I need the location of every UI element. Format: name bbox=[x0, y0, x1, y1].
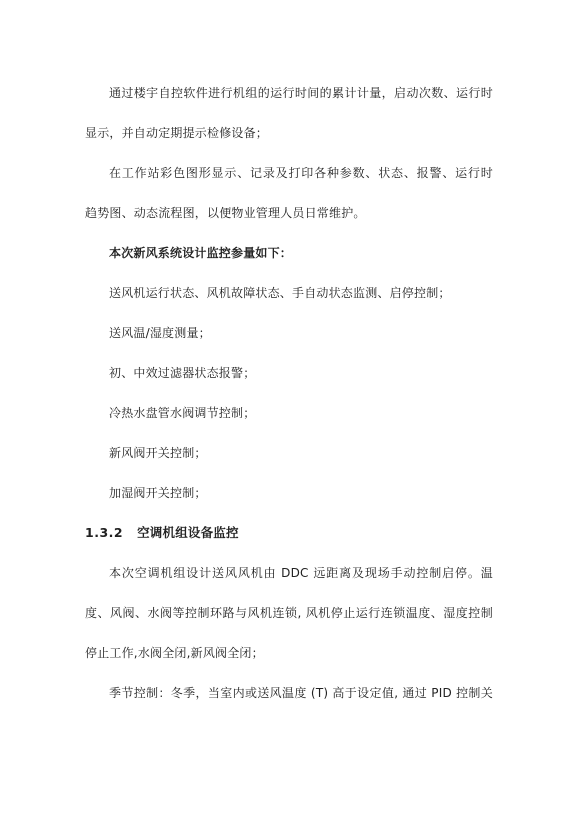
paragraph-line: 趋势图、动态流程图，以便物业管理人员日常维护。 bbox=[85, 193, 493, 233]
list-item-line: 送风机运行状态、风机故障状态、手自动状态监测、启停控制； bbox=[85, 273, 493, 313]
document-page: 通过楼宇自控软件进行机组的运行时间的累计计量，启动次数、运行时间 显示，并自动定… bbox=[0, 0, 579, 819]
paragraph-line-bold: 本次新风系统设计监控参量如下： bbox=[85, 233, 493, 273]
paragraph-line: 季节控制：冬季，当室内或送风温度 (T) 高于设定值, 通过 PID 控制关小水 bbox=[85, 673, 493, 713]
paragraph-line: 显示，并自动定期提示检修设备； bbox=[85, 113, 493, 153]
list-item-line: 送风温/湿度测量； bbox=[85, 313, 493, 353]
section-number: 1.3.2 bbox=[85, 513, 123, 553]
paragraph-line: 停止工作,水阀全闭,新风阀全闭； bbox=[85, 633, 493, 673]
list-item-line: 初、中效过滤器状态报警； bbox=[85, 353, 493, 393]
paragraph-line: 度、风阀、水阀等控制环路与风机连锁, 风机停止运行连锁温度、湿度控制环路 bbox=[85, 593, 493, 633]
section-heading: 1.3.2空调机组设备监控 bbox=[85, 513, 493, 553]
paragraph-line: 通过楼宇自控软件进行机组的运行时间的累计计量，启动次数、运行时间 bbox=[85, 73, 493, 113]
paragraph-line: 在工作站彩色图形显示、记录及打印各种参数、状态、报警、运行时间、 bbox=[85, 153, 493, 193]
paragraph-line: 本次空调机组设计送风风机由 DDC 远距离及现场手动控制启停。温度、湿 bbox=[85, 553, 493, 593]
list-item-line: 新风阀开关控制； bbox=[85, 433, 493, 473]
list-item-line: 冷热水盘管水阀调节控制； bbox=[85, 393, 493, 433]
list-item-line: 加湿阀开关控制； bbox=[85, 473, 493, 513]
section-title: 空调机组设备监控 bbox=[137, 525, 239, 540]
